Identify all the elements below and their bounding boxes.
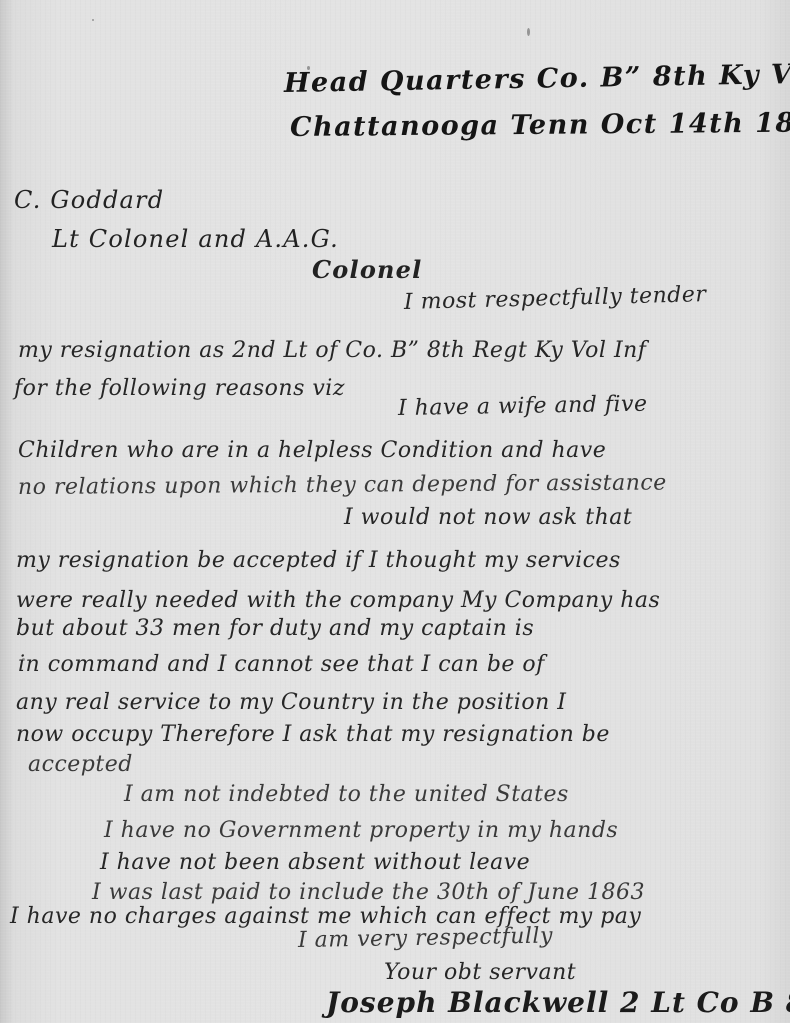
body-line-4: I have a wife and five — [398, 392, 648, 421]
salutation: Colonel — [312, 255, 422, 284]
body-line-2: my resignation as 2nd Lt of Co. B” 8th R… — [18, 338, 646, 363]
statement-last-paid: I was last paid to include the 30th of J… — [92, 880, 645, 905]
body-line-12: any real service to my Country in the po… — [16, 690, 566, 715]
addressee-title: Lt Colonel and A.A.G. — [52, 225, 339, 253]
closing-line-2: Your obt servant — [384, 960, 576, 985]
closing-line-1: I am very respectfully — [298, 924, 553, 953]
body-line-3: for the following reasons viz — [14, 376, 345, 401]
body-line-6: no relations upon which they can depend … — [18, 470, 667, 500]
statement-not-absent: I have not been absent without leave — [100, 850, 530, 875]
letter-heading-line-2: Chattanooga Tenn Oct 14th 1863 — [290, 107, 790, 143]
addressee-name: C. Goddard — [14, 186, 164, 214]
body-line-13: now occupy Therefore I ask that my resig… — [16, 722, 610, 747]
body-line-14: accepted — [28, 752, 133, 777]
body-line-9: were really needed with the company My C… — [16, 588, 660, 613]
body-line-1: I most respectfully tender — [404, 282, 707, 315]
letter-page: Head Quarters Co. B” 8th Ky Vol Inf Chat… — [0, 0, 790, 1023]
signature: Joseph Blackwell 2 Lt Co B 8 K — [326, 986, 790, 1019]
statement-not-indebted: I am not indebted to the united States — [124, 782, 569, 807]
body-line-5: Children who are in a helpless Condition… — [18, 438, 606, 463]
body-line-8: my resignation be accepted if I thought … — [16, 548, 621, 573]
body-line-11: in command and I cannot see that I can b… — [18, 652, 545, 677]
statement-no-property: I have no Government property in my hand… — [104, 818, 618, 843]
ink-speck — [92, 19, 94, 21]
letter-heading-line-1: Head Quarters Co. B” 8th Ky Vol Inf — [284, 58, 790, 99]
body-line-7: I would not now ask that — [344, 505, 632, 530]
body-line-10: but about 33 men for duty and my captain… — [16, 616, 534, 641]
ink-speck — [527, 28, 530, 36]
